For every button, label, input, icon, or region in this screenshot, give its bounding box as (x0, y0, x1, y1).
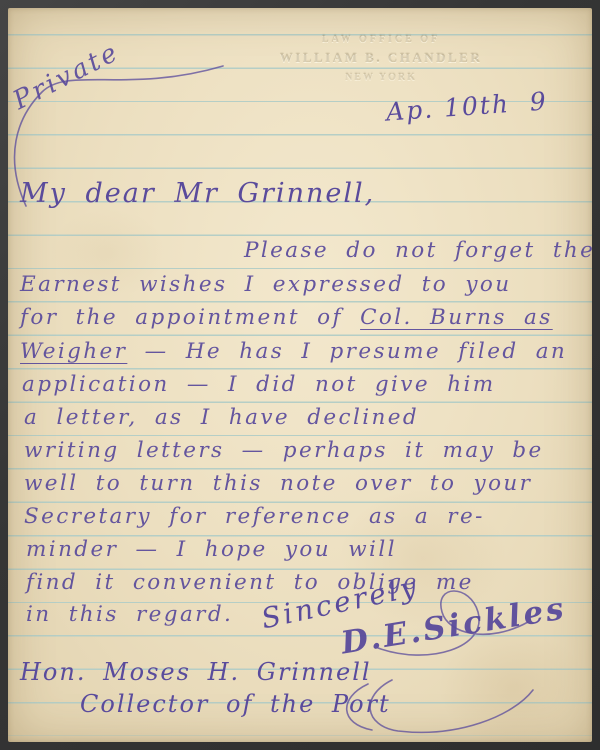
body-text: well to turn this note over to your (24, 471, 532, 496)
body-text: — He has I presume filed an (127, 339, 567, 364)
body-text: for the appointment of (20, 305, 360, 330)
body-line: Earnest wishes I expressed to you (20, 272, 512, 297)
body-line: for the appointment of Col. Burns as (20, 305, 553, 330)
date-line: Ap. 10th9 (385, 86, 548, 126)
body-line: Please do not forget the (244, 238, 592, 263)
photo-frame: Private LAW OFFICE OF WILLIAM B. CHANDLE… (0, 0, 600, 750)
letterhead-line1: LAW OFFICE OF (256, 34, 506, 45)
letterhead-line3: NEW YORK (256, 72, 506, 83)
body-line: application — I did not give him (22, 372, 496, 397)
date-text: Ap. 10th (385, 89, 511, 127)
body-line: well to turn this note over to your (24, 471, 532, 496)
body-line: in this regard. (26, 602, 233, 627)
date-year: 9 (529, 86, 549, 116)
address-line2: Collector of the Port (80, 690, 391, 718)
body-text: Earnest wishes I expressed to you (20, 272, 512, 297)
body-text: minder — I hope you will (26, 537, 397, 562)
body-line: a letter, as I have declined (24, 405, 419, 430)
body-line: Secretary for reference as a re- (24, 504, 485, 529)
letterhead-line2: WILLIAM B. CHANDLER (256, 50, 506, 66)
body-text: Secretary for reference as a re- (24, 504, 485, 529)
body-text-underlined: Col. Burns as (360, 305, 553, 330)
docket-private: Private (8, 37, 124, 116)
body-text: application — I did not give him (22, 372, 496, 397)
letterhead: LAW OFFICE OF WILLIAM B. CHANDLER NEW YO… (256, 34, 506, 83)
body-text: writing letters — perhaps it may be (24, 438, 544, 463)
body-text: Please do not forget the (244, 238, 592, 263)
body-text: a letter, as I have declined (24, 405, 419, 430)
body-line: Weigher — He has I presume filed an (20, 339, 567, 364)
body-line: minder — I hope you will (26, 537, 397, 562)
body-text-underlined: Weigher (20, 339, 127, 364)
address-line1: Hon. Moses H. Grinnell (20, 658, 372, 686)
paper-stain (438, 628, 588, 742)
body-text: in this regard. (26, 602, 233, 627)
letter-page: Private LAW OFFICE OF WILLIAM B. CHANDLE… (8, 8, 592, 742)
salutation: My dear Mr Grinnell, (20, 178, 375, 209)
body-line: writing letters — perhaps it may be (24, 438, 544, 463)
